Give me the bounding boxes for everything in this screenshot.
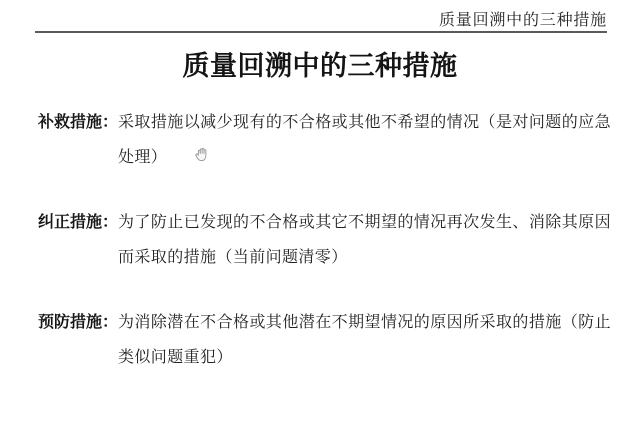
paragraph-body-corrective: 为了防止已发现的不合格或其它不期望的情况再次发生、消除其原因而采取的措施（当前问… bbox=[118, 205, 611, 275]
page-title: 质量回溯中的三种措施 bbox=[0, 48, 640, 84]
paragraph-body-remedial: 采取措施以减少现有的不合格或其他不希望的情况（是对问题的应急处理） bbox=[118, 105, 611, 175]
running-header-title: 质量回溯中的三种措施 bbox=[439, 7, 607, 30]
paragraph-corrective: 纠正措施： 为了防止已发现的不合格或其它不期望的情况再次发生、消除其原因而采取的… bbox=[38, 205, 612, 275]
paragraph-label-remedial: 补救措施： bbox=[38, 105, 118, 140]
paragraph-list: 补救措施： 采取措施以减少现有的不合格或其他不希望的情况（是对问题的应急处理） … bbox=[38, 105, 612, 405]
paragraph-label-preventive: 预防措施： bbox=[38, 305, 118, 340]
header-rule bbox=[35, 31, 607, 33]
paragraph-preventive: 预防措施： 为消除潜在不合格或其他潜在不期望情况的原因所采取的措施（防止类似问题… bbox=[38, 305, 612, 375]
paragraph-body-preventive: 为消除潜在不合格或其他潜在不期望情况的原因所采取的措施（防止类似问题重犯） bbox=[118, 305, 611, 375]
paragraph-remedial: 补救措施： 采取措施以减少现有的不合格或其他不希望的情况（是对问题的应急处理） bbox=[38, 105, 612, 175]
document-page: { "page": { "background": "#ffffff", "te… bbox=[0, 0, 640, 431]
paragraph-label-corrective: 纠正措施： bbox=[38, 205, 118, 240]
